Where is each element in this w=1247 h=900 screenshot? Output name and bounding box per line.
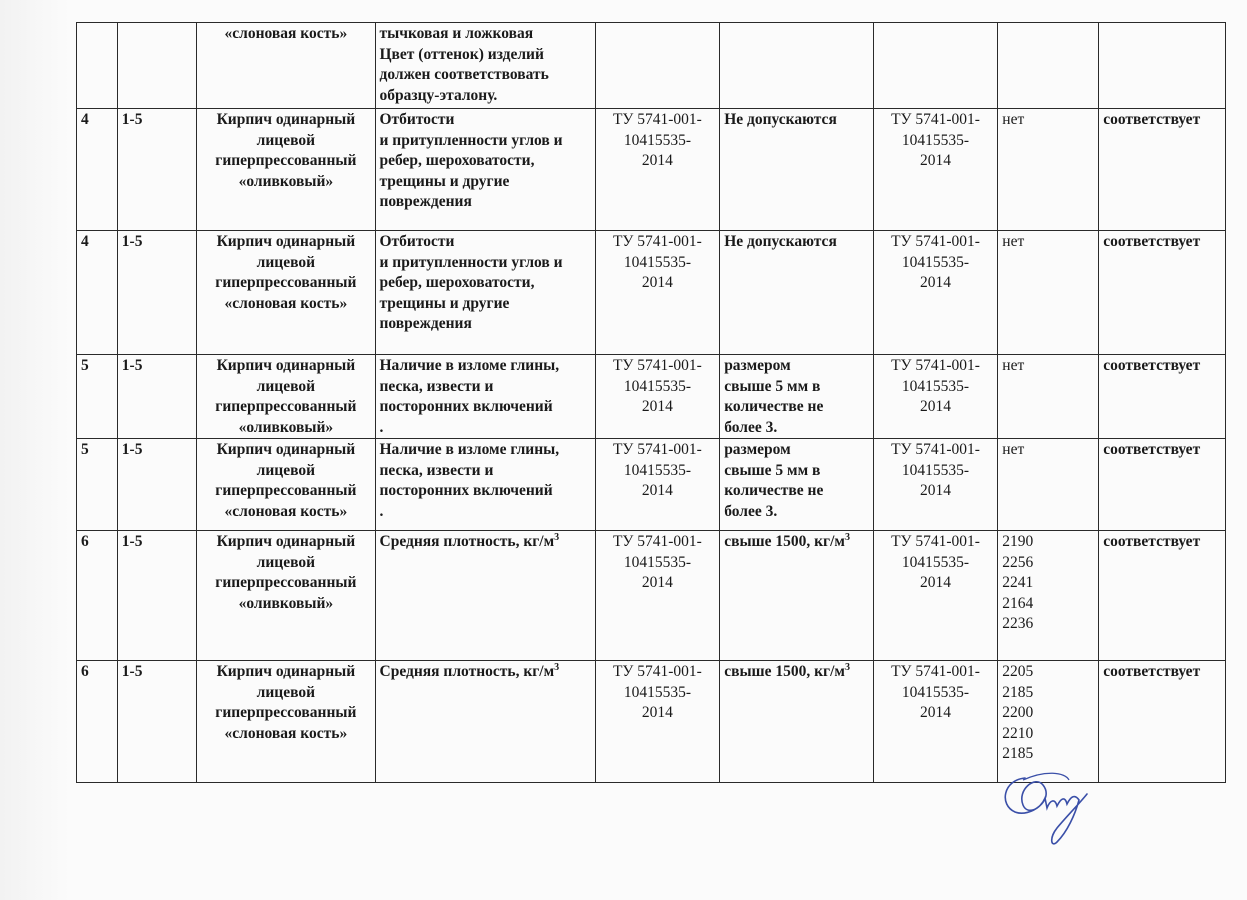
cell-norm <box>720 23 874 109</box>
cell-product-name: Кирпич одинарный лицевой гиперпрессованн… <box>197 439 375 531</box>
cell-parameter: Наличие в изломе глины, песка, извести и… <box>375 355 595 439</box>
cell-result: нет <box>998 231 1099 355</box>
cell-parameter: тычковая и ложковая Цвет (оттенок) издел… <box>375 23 595 109</box>
cell-number: 5 <box>77 355 118 439</box>
cell-result: нет <box>998 439 1099 531</box>
cell-parameter: Отбитости и притупленности углов и ребер… <box>375 231 595 355</box>
cell-nd-method <box>873 23 998 109</box>
scan-margin <box>0 0 70 900</box>
cell-product-name: Кирпич одинарный лицевой гиперпрессованн… <box>197 109 375 231</box>
cell-conclusion: соответствует <box>1099 439 1226 531</box>
cell-number: 5 <box>77 439 118 531</box>
cell-product-name: «слоновая кость» <box>197 23 375 109</box>
cell-nd-requirements: ТУ 5741-001- 10415535- 2014 <box>595 661 720 783</box>
table-row: 41-5Кирпич одинарный лицевой гиперпрессо… <box>77 109 1226 231</box>
cell-norm: Не допускаются <box>720 231 874 355</box>
cell-number: 4 <box>77 109 118 231</box>
cell-conclusion <box>1099 23 1226 109</box>
cell-sample-id: 1-5 <box>117 531 196 661</box>
cell-sample-id: 1-5 <box>117 439 196 531</box>
cell-product-name: Кирпич одинарный лицевой гиперпрессованн… <box>197 661 375 783</box>
cell-norm: размером свыше 5 мм в количестве не боле… <box>720 355 874 439</box>
cell-sample-id: 1-5 <box>117 661 196 783</box>
table-row: 51-5Кирпич одинарный лицевой гиперпрессо… <box>77 355 1226 439</box>
cell-parameter: Средняя плотность, кг/м3 <box>375 531 595 661</box>
cell-result: нет <box>998 109 1099 231</box>
cell-sample-id: 1-5 <box>117 109 196 231</box>
cell-nd-method: ТУ 5741-001- 10415535- 2014 <box>873 661 998 783</box>
cell-number: 6 <box>77 661 118 783</box>
table-row: 51-5Кирпич одинарный лицевой гиперпрессо… <box>77 439 1226 531</box>
cell-nd-requirements: ТУ 5741-001- 10415535- 2014 <box>595 355 720 439</box>
cell-nd-method: ТУ 5741-001- 10415535- 2014 <box>873 231 998 355</box>
table-row: 41-5Кирпич одинарный лицевой гиперпрессо… <box>77 231 1226 355</box>
cell-conclusion: соответствует <box>1099 531 1226 661</box>
cell-number: 6 <box>77 531 118 661</box>
cell-nd-method: ТУ 5741-001- 10415535- 2014 <box>873 355 998 439</box>
cell-parameter: Средняя плотность, кг/м3 <box>375 661 595 783</box>
cell-nd-requirements: ТУ 5741-001- 10415535- 2014 <box>595 439 720 531</box>
cell-number: 4 <box>77 231 118 355</box>
cell-sample-id <box>117 23 196 109</box>
cell-conclusion: соответствует <box>1099 355 1226 439</box>
cell-nd-requirements <box>595 23 720 109</box>
cell-nd-method: ТУ 5741-001- 10415535- 2014 <box>873 109 998 231</box>
cell-nd-method: ТУ 5741-001- 10415535- 2014 <box>873 439 998 531</box>
cell-nd-requirements: ТУ 5741-001- 10415535- 2014 <box>595 531 720 661</box>
cell-conclusion: соответствует <box>1099 109 1226 231</box>
cell-product-name: Кирпич одинарный лицевой гиперпрессованн… <box>197 231 375 355</box>
cell-parameter: Наличие в изломе глины, песка, извести и… <box>375 439 595 531</box>
cell-result <box>998 23 1099 109</box>
cell-norm: свыше 1500, кг/м3 <box>720 661 874 783</box>
cell-norm: свыше 1500, кг/м3 <box>720 531 874 661</box>
cell-nd-method: ТУ 5741-001- 10415535- 2014 <box>873 531 998 661</box>
cell-sample-id: 1-5 <box>117 231 196 355</box>
test-results-table: «слоновая кость»тычковая и ложковая Цвет… <box>76 22 1226 783</box>
table-row: «слоновая кость»тычковая и ложковая Цвет… <box>77 23 1226 109</box>
table-row: 61-5Кирпич одинарный лицевой гиперпрессо… <box>77 531 1226 661</box>
cell-sample-id: 1-5 <box>117 355 196 439</box>
cell-number <box>77 23 118 109</box>
cell-product-name: Кирпич одинарный лицевой гиперпрессованн… <box>197 355 375 439</box>
cell-conclusion: соответствует <box>1099 231 1226 355</box>
cell-norm: размером свыше 5 мм в количестве не боле… <box>720 439 874 531</box>
cell-parameter: Отбитости и притупленности углов и ребер… <box>375 109 595 231</box>
cell-nd-requirements: ТУ 5741-001- 10415535- 2014 <box>595 231 720 355</box>
cell-result: 2190 2256 2241 2164 2236 <box>998 531 1099 661</box>
cell-product-name: Кирпич одинарный лицевой гиперпрессованн… <box>197 531 375 661</box>
cell-nd-requirements: ТУ 5741-001- 10415535- 2014 <box>595 109 720 231</box>
cell-result: нет <box>998 355 1099 439</box>
cell-norm: Не допускаются <box>720 109 874 231</box>
handwritten-signature-icon <box>995 760 1135 850</box>
